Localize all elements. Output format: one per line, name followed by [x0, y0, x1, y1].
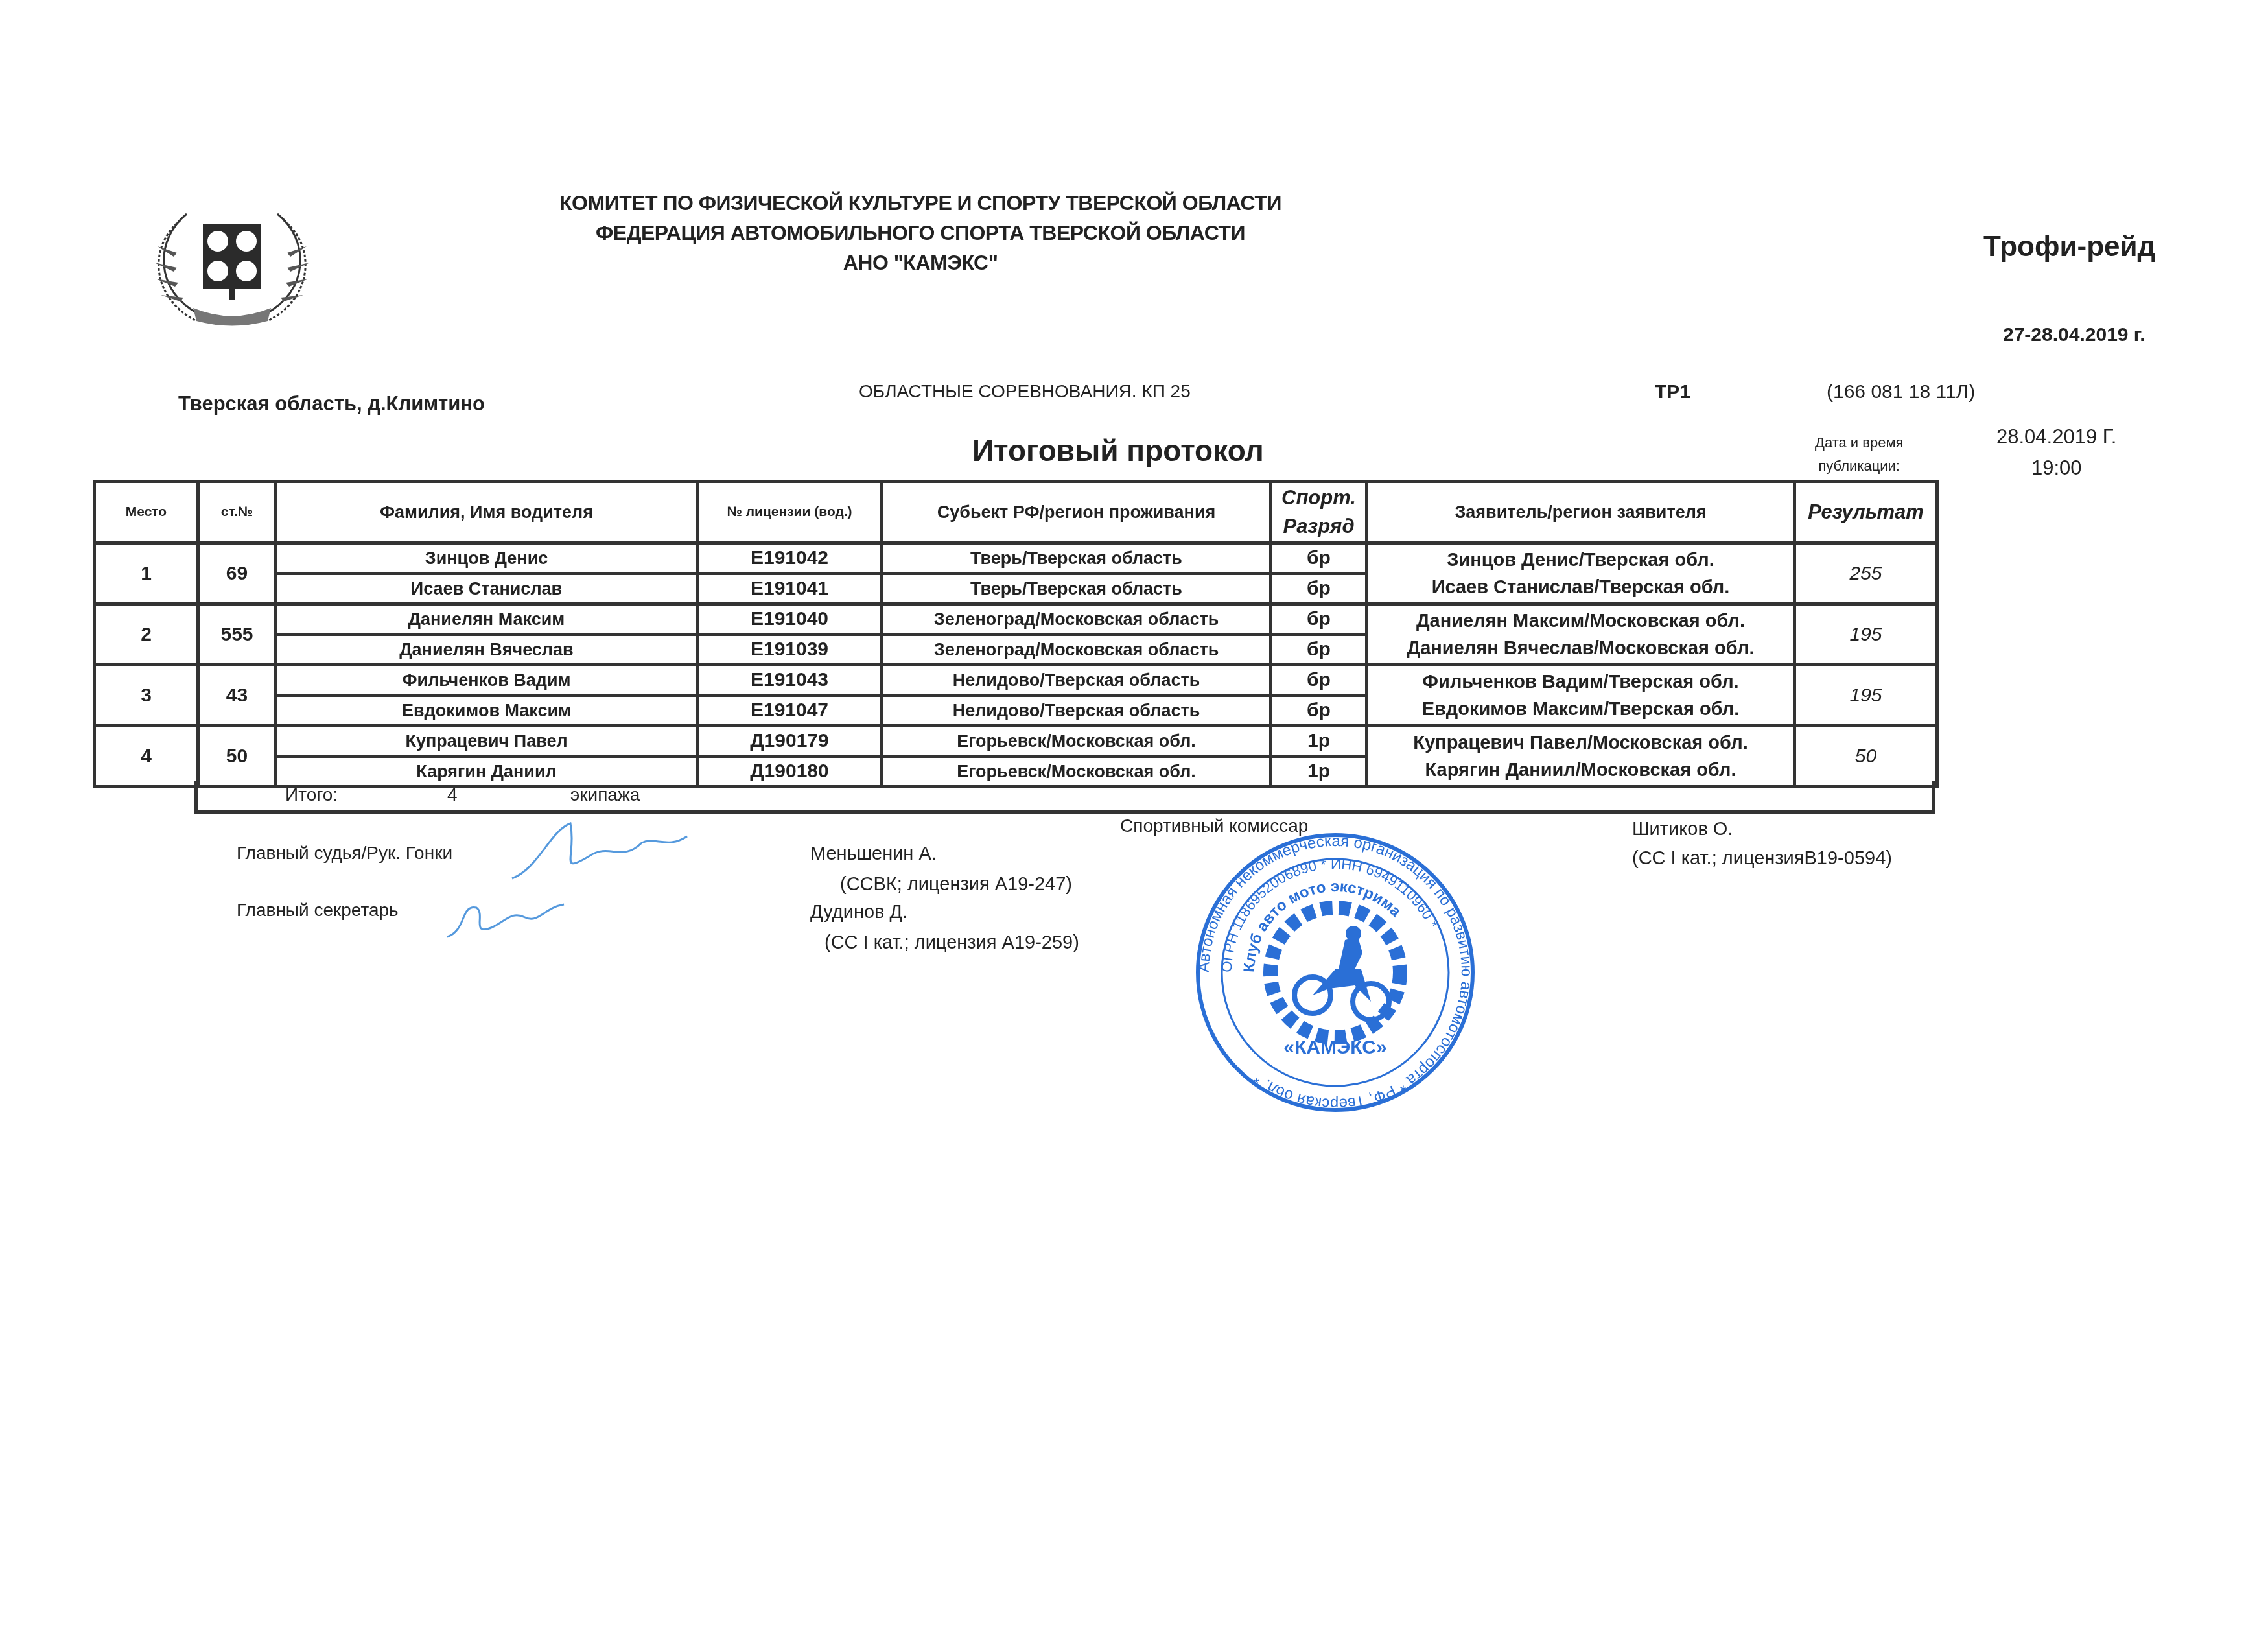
publication-label: Дата и время публикации:: [1815, 431, 1903, 478]
rank-cell: бр: [1271, 696, 1367, 726]
applicant-line: Фильченков Вадим/Тверская обл.: [1368, 668, 1793, 696]
rank-cell: бр: [1271, 665, 1367, 696]
motorcycle-icon: [1294, 926, 1389, 1020]
rank-cell: бр: [1271, 543, 1367, 574]
col-driver-name: Фамилия, Имя водителя: [276, 482, 697, 543]
event-location: Тверская область, д.Климтино: [178, 392, 485, 416]
applicant-line: Даниелян Максим/Московская обл.: [1368, 607, 1793, 635]
license-cell: E191041: [697, 574, 882, 604]
license-cell: E191042: [697, 543, 882, 574]
publication-datetime: 28.04.2019 Г. 19:00: [1996, 421, 2116, 484]
organization-stamp: Автономная некоммерческая организация по…: [1193, 830, 1478, 1115]
publication-date: 28.04.2019 Г.: [1996, 421, 2116, 453]
driver-name-cell: Евдокимов Максим: [276, 696, 697, 726]
event-dates: 27-28.04.2019 г.: [2003, 324, 2145, 346]
org-line-committee: КОМИТЕТ ПО ФИЗИЧЕСКОЙ КУЛЬТУРЕ И СПОРТУ …: [454, 188, 1387, 218]
chief-judge-name: Меньшенин А.: [810, 838, 937, 869]
start-number-cell: 50: [198, 726, 276, 787]
result-cell: 50: [1795, 726, 1937, 787]
total-label: Итого:: [285, 784, 338, 805]
table-row: 169Зинцов ДенисE191042Тверь/Тверская обл…: [95, 543, 1937, 574]
applicant-cell: Фильченков Вадим/Тверская обл.Евдокимов …: [1367, 665, 1795, 726]
result-cell: 195: [1795, 665, 1937, 726]
stamp-center-text: «КАМЭКС»: [1283, 1037, 1386, 1058]
publication-time: 19:00: [1996, 453, 2116, 484]
commissioner-license: (СС I кат.; лицензияВ19-0594): [1632, 843, 1892, 874]
license-cell: E191039: [697, 635, 882, 665]
competition-name: ОБЛАСТНЫЕ СОРЕВНОВАНИЯ. КП 25: [859, 381, 1191, 402]
place-cell: 3: [95, 665, 198, 726]
region-cell: Нелидово/Тверская область: [882, 665, 1271, 696]
place-cell: 2: [95, 604, 198, 665]
rank-cell: бр: [1271, 574, 1367, 604]
org-line-federation: ФЕДЕРАЦИЯ АВТОМОБИЛЬНОГО СПОРТА ТВЕРСКОЙ…: [454, 218, 1387, 248]
applicant-cell: Купрацевич Павел/Московская обл.Карягин …: [1367, 726, 1795, 787]
driver-name-cell: Исаев Станислав: [276, 574, 697, 604]
region-cell: Зеленоград/Московская область: [882, 604, 1271, 635]
chief-secretary-label: Главный секретарь: [237, 900, 399, 921]
commissioner-name: Шитиков О.: [1632, 814, 1733, 845]
chief-judge-license: (ССВК; лицензия А19-247): [840, 869, 1072, 900]
table-row: 450Купрацевич ПавелД190179Егорьевск/Моск…: [95, 726, 1937, 757]
table-row: 2555Даниелян МаксимE191040Зеленоград/Мос…: [95, 604, 1937, 635]
results-table: Место ст.№ Фамилия, Имя водителя № лицен…: [93, 480, 1939, 788]
col-sport-rank: Спорт. Разряд: [1271, 482, 1367, 543]
table-row: 343Фильченков ВадимE191043Нелидово/Тверс…: [95, 665, 1937, 696]
result-cell: 195: [1795, 604, 1937, 665]
applicant-cell: Даниелян Максим/Московская обл.Даниелян …: [1367, 604, 1795, 665]
driver-name-cell: Зинцов Денис: [276, 543, 697, 574]
chief-secretary-signature: [441, 891, 570, 943]
org-line-ano: АНО "КАМЭКС": [454, 248, 1387, 277]
col-license: № лицензии (вод.): [697, 482, 882, 543]
protocol-title: Итоговый протокол: [972, 433, 1264, 468]
col-place: Место: [95, 482, 198, 543]
driver-name-cell: Фильченков Вадим: [276, 665, 697, 696]
table-header-row: Место ст.№ Фамилия, Имя водителя № лицен…: [95, 482, 1937, 543]
start-number-cell: 555: [198, 604, 276, 665]
applicant-line: Купрацевич Павел/Московская обл.: [1368, 729, 1793, 757]
driver-name-cell: Даниелян Вячеслав: [276, 635, 697, 665]
region-cell: Зеленоград/Московская область: [882, 635, 1271, 665]
start-number-cell: 43: [198, 665, 276, 726]
col-start-number: ст.№: [198, 482, 276, 543]
applicant-line: Зинцов Денис/Тверская обл.: [1368, 547, 1793, 574]
rank-cell: бр: [1271, 604, 1367, 635]
total-unit: экипажа: [570, 784, 640, 805]
region-cell: Нелидово/Тверская область: [882, 696, 1271, 726]
applicant-line: Евдокимов Максим/Тверская обл.: [1368, 696, 1793, 723]
col-result: Результат: [1795, 482, 1937, 543]
license-cell: Д190179: [697, 726, 882, 757]
place-cell: 4: [95, 726, 198, 787]
applicant-line: Даниелян Вячеслав/Московская обл.: [1368, 635, 1793, 662]
chief-secretary-name: Дудинов Д.: [810, 897, 907, 928]
start-number-cell: 69: [198, 543, 276, 604]
col-applicant: Заявитель/регион заявителя: [1367, 482, 1795, 543]
license-cell: E191043: [697, 665, 882, 696]
result-cell: 255: [1795, 543, 1937, 604]
driver-name-cell: Купрацевич Павел: [276, 726, 697, 757]
place-cell: 1: [95, 543, 198, 604]
chief-judge-label: Главный судья/Рук. Гонки: [237, 843, 452, 864]
chief-judge-signature: [499, 817, 694, 888]
region-cell: Тверь/Тверская область: [882, 574, 1271, 604]
rank-cell: 1р: [1271, 726, 1367, 757]
license-cell: E191040: [697, 604, 882, 635]
driver-name-cell: Даниелян Максим: [276, 604, 697, 635]
event-type: Трофи-рейд: [1983, 231, 2155, 263]
applicant-line: Исаев Станислав/Тверская обл.: [1368, 574, 1793, 601]
col-region: Субьект РФ/регион проживания: [882, 482, 1271, 543]
organization-header: КОМИТЕТ ПО ФИЗИЧЕСКОЙ КУЛЬТУРЕ И СПОРТУ …: [454, 188, 1387, 277]
applicant-cell: Зинцов Денис/Тверская обл.Исаев Станисла…: [1367, 543, 1795, 604]
applicant-line: Карягин Даниил/Московская обл.: [1368, 757, 1793, 784]
license-cell: E191047: [697, 696, 882, 726]
class-number: (166 081 18 11Л): [1827, 381, 1975, 403]
chief-secretary-license: (СС I кат.; лицензия А19-259): [824, 927, 1079, 958]
region-cell: Егорьевск/Московская обл.: [882, 726, 1271, 757]
rank-cell: бр: [1271, 635, 1367, 665]
class-code: ТР1: [1655, 381, 1690, 403]
region-cell: Тверь/Тверская область: [882, 543, 1271, 574]
total-count: 4: [447, 784, 458, 805]
federation-emblem-logo: [141, 201, 323, 331]
